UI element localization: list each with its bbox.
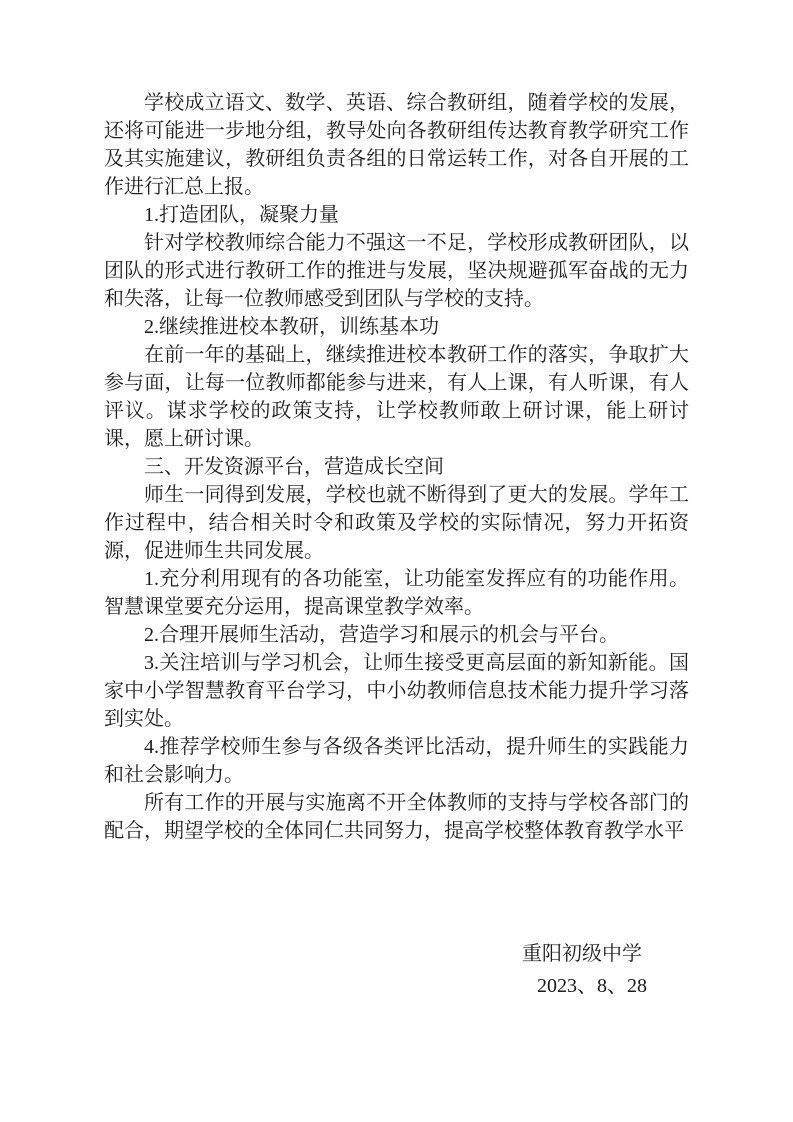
paragraph: 师生一同得到发展，学校也就不断得到了更大的发展。学年工作过程中，结合相关时令和政… [104, 481, 689, 565]
paragraph: 4.推荐学校师生参与各级各类评比活动，提升师生的实践能力和社会影响力。 [104, 733, 689, 789]
document-body: 学校成立语文、数学、英语、综合教研组，随着学校的发展，还将可能进一步地分组，教导… [104, 89, 689, 845]
paragraph: 2.合理开展师生活动，营造学习和展示的机会与平台。 [104, 621, 689, 649]
document-page: 学校成立语文、数学、英语、综合教研组，随着学校的发展，还将可能进一步地分组，教导… [0, 0, 793, 1122]
paragraph: 在前一年的基础上，继续推进校本教研工作的落实，争取扩大参与面，让每一位教师都能参… [104, 341, 689, 453]
signature-block: 重阳初级中学 2023、8、28 [104, 938, 689, 1002]
paragraph-heading: 2.继续推进校本教研，训练基本功 [104, 313, 689, 341]
paragraph: 针对学校教师综合能力不强这一不足，学校形成教研团队，以团队的形式进行教研工作的推… [104, 229, 689, 313]
paragraph-heading: 三、开发资源平台，营造成长空间 [104, 453, 689, 481]
paragraph: 学校成立语文、数学、英语、综合教研组，随着学校的发展，还将可能进一步地分组，教导… [104, 89, 689, 201]
paragraph: 所有工作的开展与实施离不开全体教师的支持与学校各部门的配合，期望学校的全体同仁共… [104, 789, 689, 845]
paragraph: 3.关注培训与学习机会，让师生接受更高层面的新知新能。国家中小学智慧教育平台学习… [104, 649, 689, 733]
signature-school-name: 重阳初级中学 [104, 938, 689, 970]
paragraph: 1.充分利用现有的各功能室，让功能室发挥应有的功能作用。智慧课堂要充分运用，提高… [104, 565, 689, 621]
paragraph-heading: 1.打造团队，凝聚力量 [104, 201, 689, 229]
signature-date: 2023、8、28 [104, 970, 689, 1002]
